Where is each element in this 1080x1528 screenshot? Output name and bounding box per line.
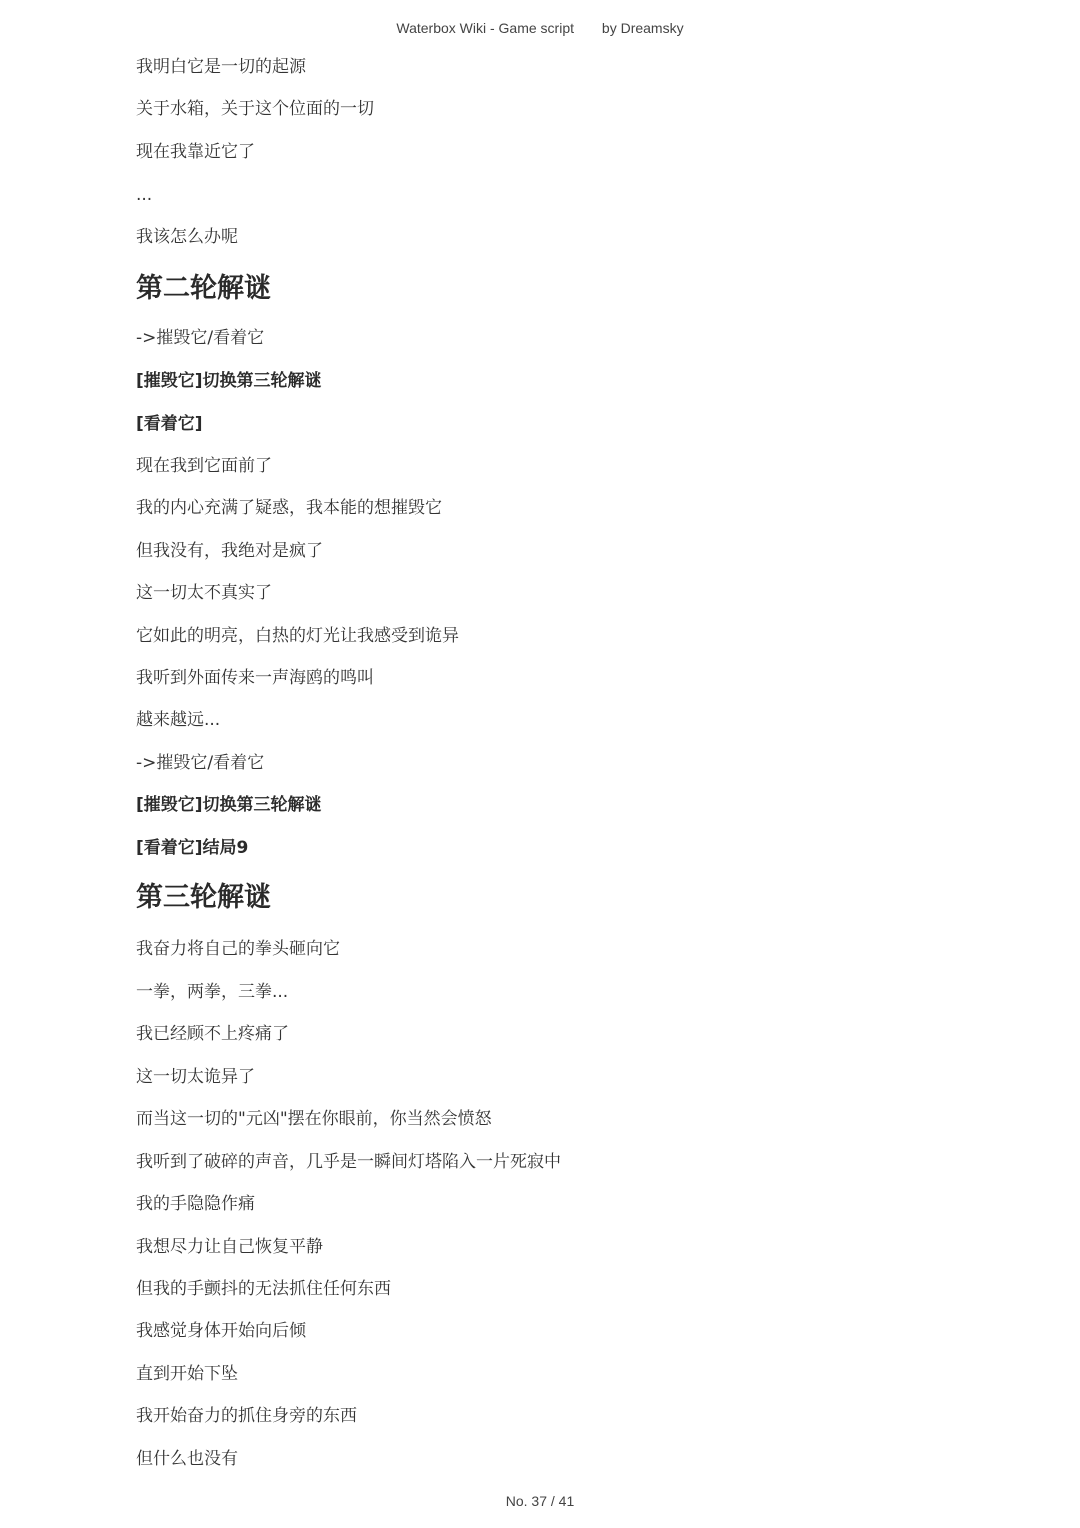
script-line: 但我的手颤抖的无法抓住任何东西 <box>136 1278 391 1300</box>
page-header: Waterbox Wiki - Game script by Dreamsky <box>0 20 1080 36</box>
script-line: 我的手隐隐作痛 <box>136 1193 255 1215</box>
script-line: 我开始奋力的抓住身旁的东西 <box>136 1405 357 1427</box>
script-line: 我奋力将自己的拳头砸向它 <box>136 938 340 960</box>
page-footer: No. 37 / 41 <box>0 1493 1080 1509</box>
script-line: 我听到了破碎的声音，几乎是一瞬间灯塔陷入一片死寂中 <box>136 1151 561 1173</box>
script-line: 我想尽力让自己恢复平静 <box>136 1236 323 1258</box>
script-line: 它如此的明亮，白热的灯光让我感受到诡异 <box>136 625 459 647</box>
document-title: Waterbox Wiki - Game script <box>396 20 574 36</box>
script-line: ->摧毁它/看着它 <box>136 752 264 774</box>
choice-branch: [摧毁它]切换第三轮解谜 <box>136 794 322 816</box>
script-line: 而当这一切的"元凶"摆在你眼前，你当然会愤怒 <box>136 1108 492 1130</box>
script-line: 这一切太诡异了 <box>136 1066 255 1088</box>
script-line: 现在我靠近它了 <box>136 141 255 163</box>
script-line: 一拳，两拳，三拳... <box>136 981 288 1003</box>
script-line: 关于水箱，关于这个位面的一切 <box>136 98 374 120</box>
script-line: 我感觉身体开始向后倾 <box>136 1320 306 1342</box>
script-line: 我已经顾不上疼痛了 <box>136 1023 289 1045</box>
section-heading: 第三轮解谜 <box>136 881 271 915</box>
script-line: 这一切太不真实了 <box>136 582 272 604</box>
choice-branch: [摧毁它]切换第三轮解谜 <box>136 370 322 392</box>
script-line: ->摧毁它/看着它 <box>136 327 264 349</box>
page-number: No. 37 / 41 <box>506 1493 575 1509</box>
script-line: 我的内心充满了疑惑，我本能的想摧毁它 <box>136 497 442 519</box>
choice-branch: [看着它]结局9 <box>136 837 248 859</box>
script-line: 我听到外面传来一声海鸥的鸣叫 <box>136 667 374 689</box>
document-author: by Dreamsky <box>602 20 684 36</box>
script-line: 现在我到它面前了 <box>136 455 272 477</box>
section-heading: 第二轮解谜 <box>136 272 271 306</box>
script-line: 我该怎么办呢 <box>136 226 238 248</box>
script-line: 我明白它是一切的起源 <box>136 56 306 78</box>
choice-branch: [看着它] <box>136 413 203 435</box>
script-line: ... <box>136 184 152 206</box>
script-line: 但什么也没有 <box>136 1448 238 1470</box>
script-line: 直到开始下坠 <box>136 1363 238 1385</box>
script-line: 越来越远... <box>136 709 220 731</box>
script-line: 但我没有，我绝对是疯了 <box>136 540 323 562</box>
